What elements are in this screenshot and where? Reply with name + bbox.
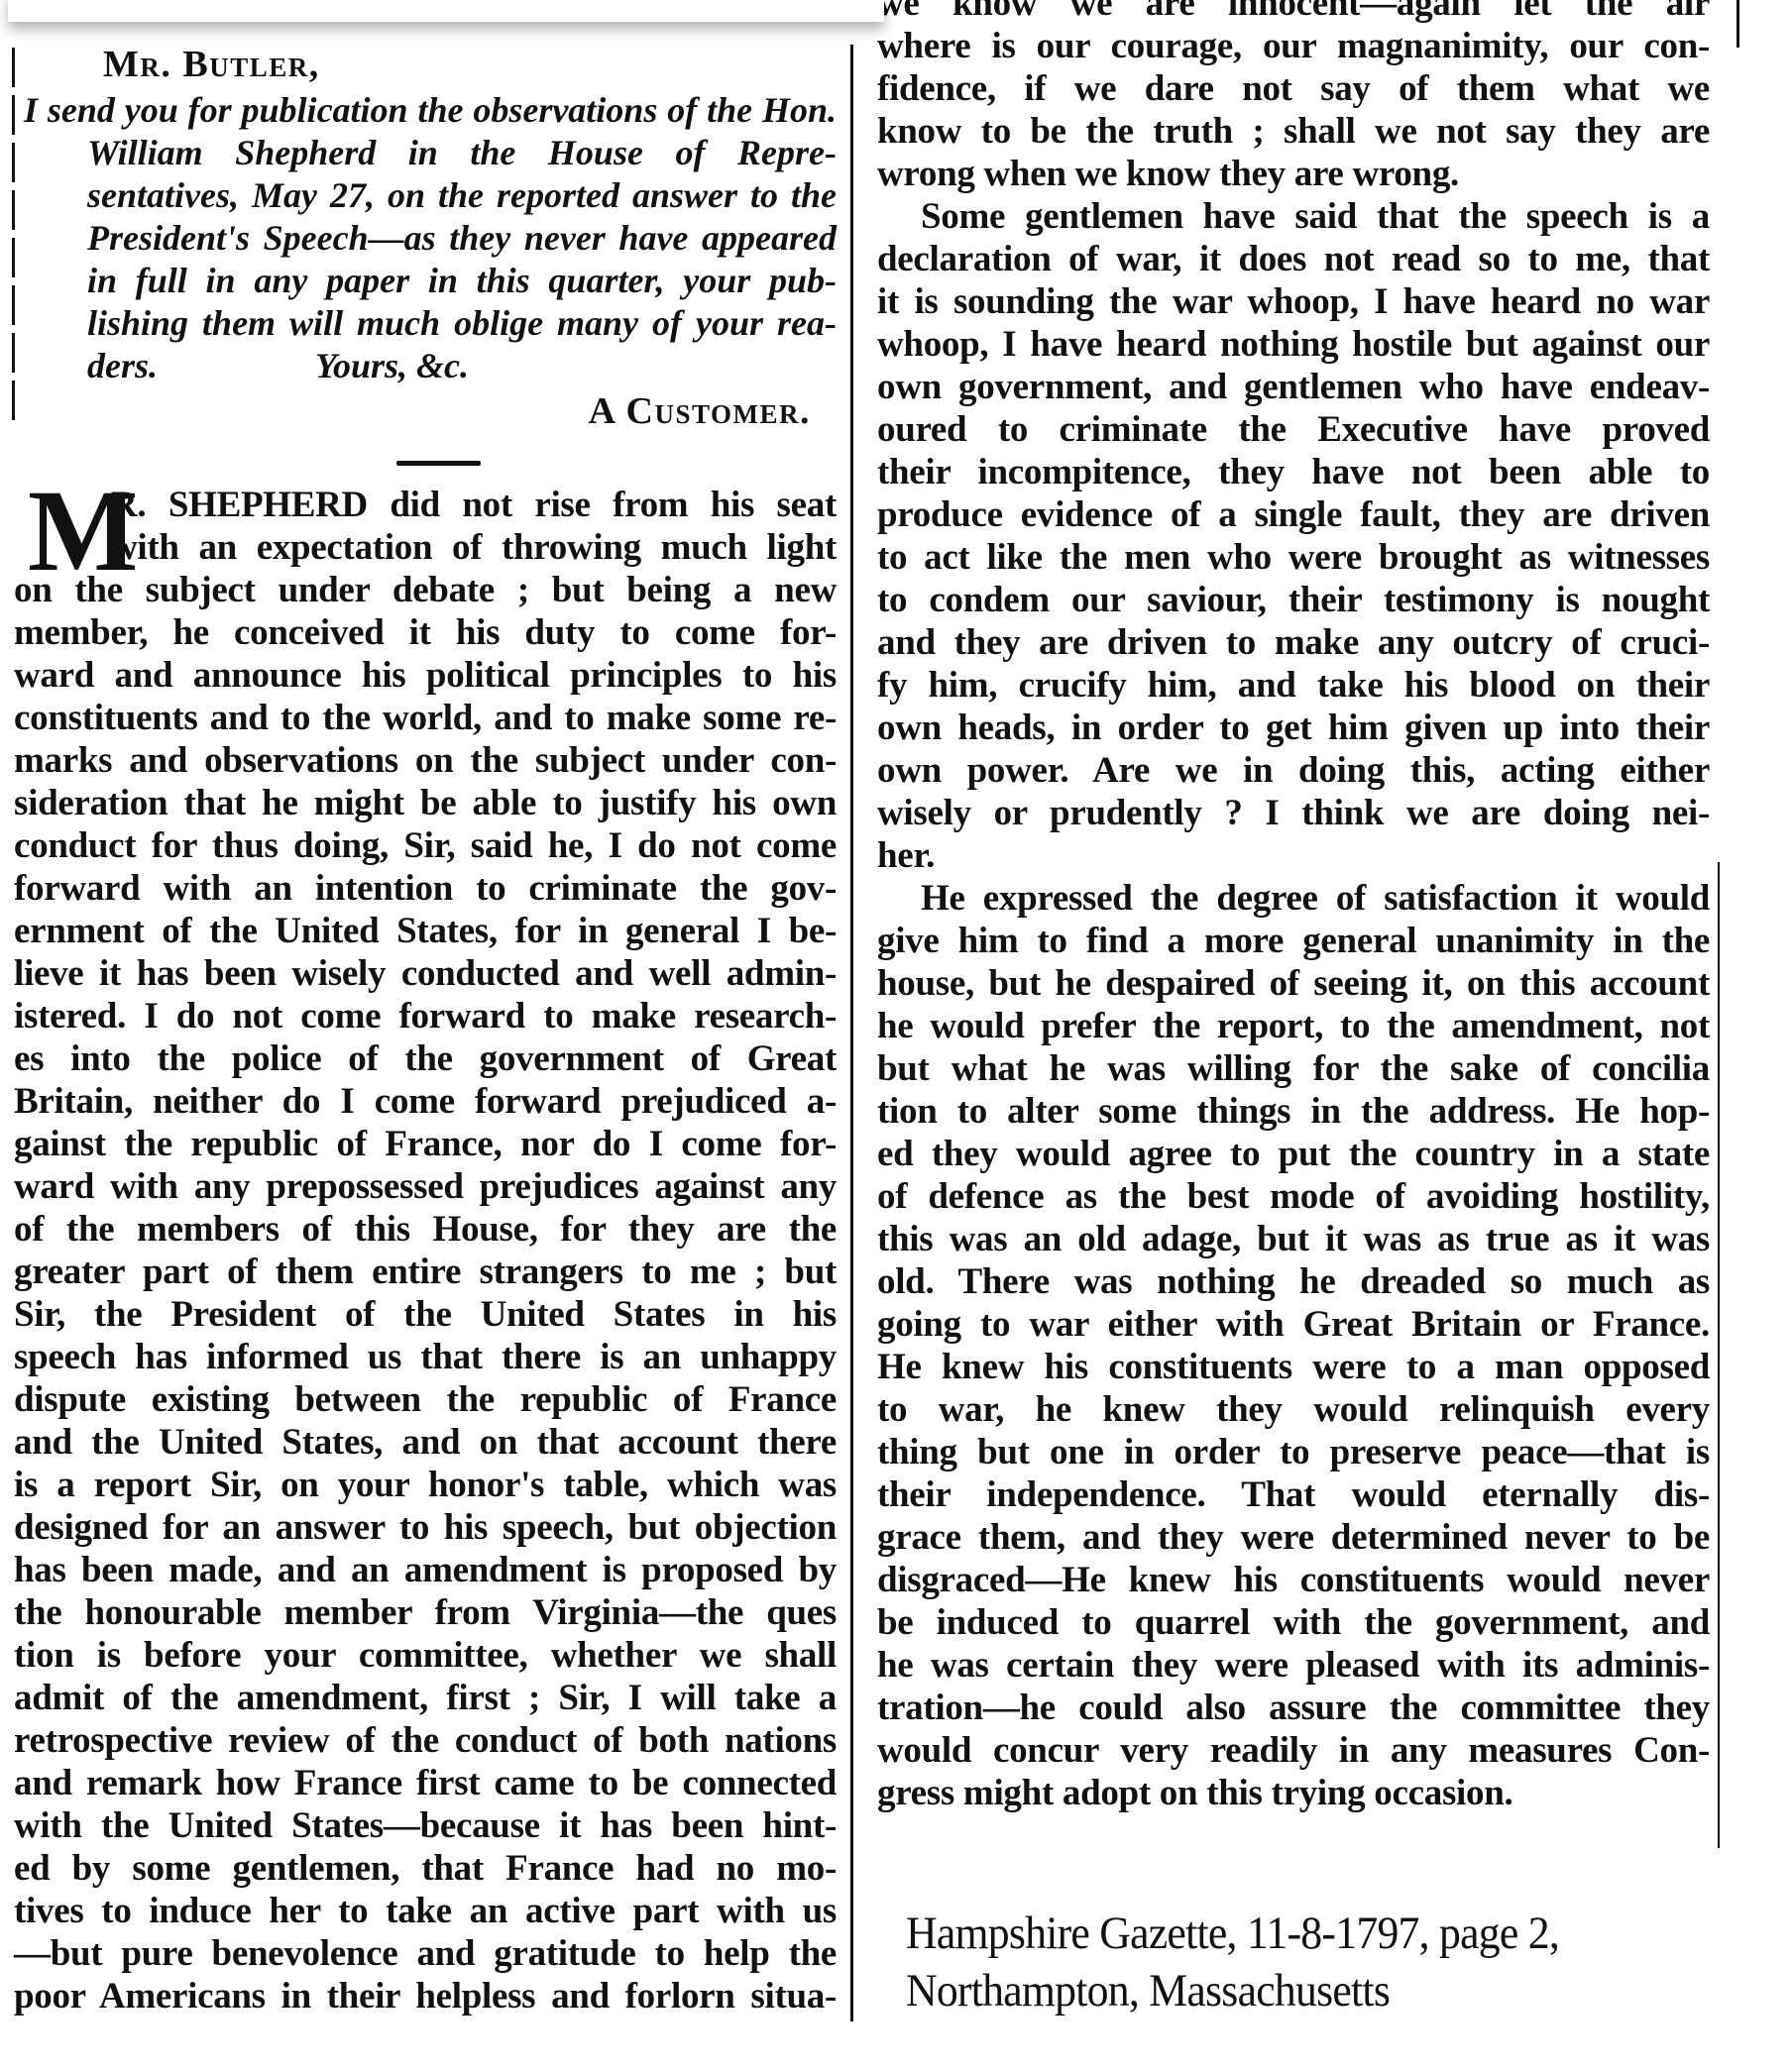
speech-line: constituents and to the world, and to ma… <box>14 697 837 739</box>
speech-line: —but pure benevolence and gratitude to h… <box>14 1932 837 1975</box>
paragraph: Some gentlemen have said that the speech… <box>877 195 1710 877</box>
speech-line: member, he conceived it his duty to come… <box>14 611 837 654</box>
speech-line: admit of the amendment, first ; Sir, I w… <box>14 1677 837 1719</box>
drop-cap: M <box>28 488 138 575</box>
speech-line: forward with an intention to criminate t… <box>14 867 837 910</box>
speech-line: speech has informed us that there is an … <box>14 1336 837 1378</box>
speech-line: know to be the truth ; shall we not say … <box>877 110 1710 153</box>
speech-line: this was an old adage, but it was as tru… <box>877 1218 1710 1260</box>
right-column: we know we are innocent—again let the ai… <box>877 0 1710 1814</box>
speech-line: it is sounding the war whoop, I have hea… <box>877 280 1710 323</box>
speech-line: gainst the republic of France, nor do I … <box>14 1123 837 1165</box>
speech-line: their independence. That would eternally… <box>877 1473 1710 1516</box>
column-rule-right <box>1718 862 1720 1848</box>
speech-line: of the members of this House, for they a… <box>14 1208 837 1251</box>
clipped-overlay-card <box>8 0 884 22</box>
speech-line: gress might adopt on this trying occasio… <box>877 1772 1710 1814</box>
letter-line: William Shepherd in the House of Repre- <box>14 132 837 174</box>
letter-line: President's Speech—as they never have ap… <box>14 217 837 260</box>
speech-line: with the United States—because it has be… <box>14 1804 837 1847</box>
speech-line: be induced to quarrel with the governmen… <box>877 1601 1710 1644</box>
column-divider-rule <box>850 45 853 2021</box>
letter-line: in full in any paper in this quarter, yo… <box>14 260 837 302</box>
speech-line: of defence as the best mode of avoiding … <box>877 1175 1710 1218</box>
column-rule-right-top <box>1736 0 1739 48</box>
speech-line: tion is before your committee, whether w… <box>14 1634 837 1677</box>
letter-line: I send you for publication the observati… <box>14 89 837 132</box>
speech-line: own government, and gentlemen who have e… <box>877 366 1710 408</box>
speech-line: retrospective review of the conduct of b… <box>14 1719 837 1762</box>
speech-line: poor Americans in their helpless and for… <box>14 1975 837 2017</box>
letter-closing-word: ders. <box>87 346 158 385</box>
speech-line: Britain, neither do I come forward preju… <box>14 1080 837 1123</box>
left-column: Mr. Butler, I send you for publication t… <box>14 40 837 2017</box>
speech-line: oured to criminate the Executive have pr… <box>877 408 1710 451</box>
speech-line: and they are driven to make any outcry o… <box>877 621 1710 664</box>
speech-line: Sir, the President of the United States … <box>14 1293 837 1336</box>
speech-line: tion to alter some things in the address… <box>877 1090 1710 1133</box>
speech-line: He knew his constituents were to a man o… <box>877 1346 1710 1388</box>
speech-line: designed for an answer to his speech, bu… <box>14 1506 837 1549</box>
speech-line: greater part of them entire strangers to… <box>14 1251 837 1293</box>
letter-salutation: Mr. Butler, <box>14 40 837 89</box>
speech-line: and remark how France first came to be c… <box>14 1762 837 1804</box>
speech-line: give him to find a more general unanimit… <box>877 920 1710 962</box>
speech-line: fidence, if we dare not say of them what… <box>877 67 1710 110</box>
speech-line: produce evidence of a single fault, they… <box>877 493 1710 536</box>
speech-line: own power. Are we in doing this, acting … <box>877 749 1710 792</box>
speech-line: he would prefer the report, to the amend… <box>877 1005 1710 1047</box>
letter-closing: Yours, &c. <box>315 346 469 385</box>
speech-line: going to war either with Great Britain o… <box>877 1303 1710 1346</box>
speech-line: He expressed the degree of satisfaction … <box>877 877 1710 920</box>
speech-line: fy him, crucify him, and take his blood … <box>877 664 1710 707</box>
speech-line: ernment of the United States, for in gen… <box>14 910 837 952</box>
caption-line-2: Northampton, Massachusetts <box>906 1962 1559 2019</box>
speech-line: is a report Sir, on your honor's table, … <box>14 1464 837 1506</box>
speech-line: he was certain they were pleased with it… <box>877 1644 1710 1687</box>
speech-line: where is our courage, our magnanimity, o… <box>877 25 1710 67</box>
paragraph: He expressed the degree of satisfaction … <box>877 877 1710 1814</box>
speech-line: old. There was nothing he dreaded so muc… <box>877 1260 1710 1303</box>
speech-line: tration—he could also assure the committ… <box>877 1687 1710 1729</box>
speech-line: the honourable member from Virginia—the … <box>14 1591 837 1634</box>
speech-line: their incompitence, they have not been a… <box>877 451 1710 493</box>
speech-line: has been made, and an amendment is propo… <box>14 1549 837 1591</box>
paragraph: where is our courage, our magnanimity, o… <box>877 25 1710 195</box>
speech-line: would concur very readily in any measure… <box>877 1729 1710 1772</box>
speech-line: her. <box>877 834 1710 877</box>
letter-closing-line: ders. Yours, &c. <box>14 345 837 387</box>
speech-line: to war, he knew they would relinquish ev… <box>877 1388 1710 1431</box>
speech-line: to act like the men who were brought as … <box>877 536 1710 579</box>
speech-line: declaration of war, it does not read so … <box>877 238 1710 280</box>
speech-line: Some gentlemen have said that the speech… <box>877 195 1710 238</box>
letter-signature: A Customer. <box>14 387 837 435</box>
speech-line: ward with any prepossessed prejudices ag… <box>14 1165 837 1208</box>
letter-line: lishing them will much oblige many of yo… <box>14 302 837 345</box>
speech-line: to condem our saviour, their testimony i… <box>877 579 1710 621</box>
speech-line: thing but one in order to preserve peace… <box>877 1431 1710 1473</box>
speech-line: wisely or prudently ? I think we are doi… <box>877 792 1710 834</box>
speech-line: lieve it has been wisely conducted and w… <box>14 952 837 995</box>
speech-line-partial: we know we are innocent—again let the ai… <box>877 0 1710 25</box>
speech-line: marks and observations on the subject un… <box>14 739 837 782</box>
speech-line: ed by some gentlemen, that France had no… <box>14 1847 837 1890</box>
speech-line: and the United States, and on that accou… <box>14 1421 837 1464</box>
speech-line: conduct for thus doing, Sir, said he, I … <box>14 824 837 867</box>
caption-line-1: Hampshire Gazette, 11-8-1797, page 2, <box>906 1905 1559 1962</box>
speech-line: wrong when we know they are wrong. <box>877 153 1710 195</box>
speech-line: ed they would agree to put the country i… <box>877 1133 1710 1175</box>
speech-line: istered. I do not come forward to make r… <box>14 995 837 1037</box>
letter-line: sentatives, May 27, on the reported answ… <box>14 174 837 217</box>
speech-line: own heads, in order to get him given up … <box>877 707 1710 749</box>
speech-line: dispute existing between the republic of… <box>14 1378 837 1421</box>
speech-line: grace them, and they were determined nev… <box>877 1516 1710 1559</box>
speech-body-left: M R. SHEPHERD did not rise from his seat… <box>14 484 837 2017</box>
speech-line: sideration that he might be able to just… <box>14 782 837 824</box>
section-separator-rule <box>396 461 481 466</box>
speech-line: ward and announce his political principl… <box>14 654 837 697</box>
speech-line: tives to induce her to take an active pa… <box>14 1890 837 1932</box>
speech-line: es into the police of the government of … <box>14 1037 837 1080</box>
speech-line: whoop, I have heard nothing hostile but … <box>877 323 1710 366</box>
speech-line: house, but he despaired of seeing it, on… <box>877 962 1710 1005</box>
speech-line: disgraced—He knew his constituents would… <box>877 1559 1710 1601</box>
speech-line: but what he was willing for the sake of … <box>877 1047 1710 1090</box>
source-caption: Hampshire Gazette, 11-8-1797, page 2, No… <box>906 1905 1559 2019</box>
letter-to-editor: Mr. Butler, I send you for publication t… <box>14 40 837 435</box>
